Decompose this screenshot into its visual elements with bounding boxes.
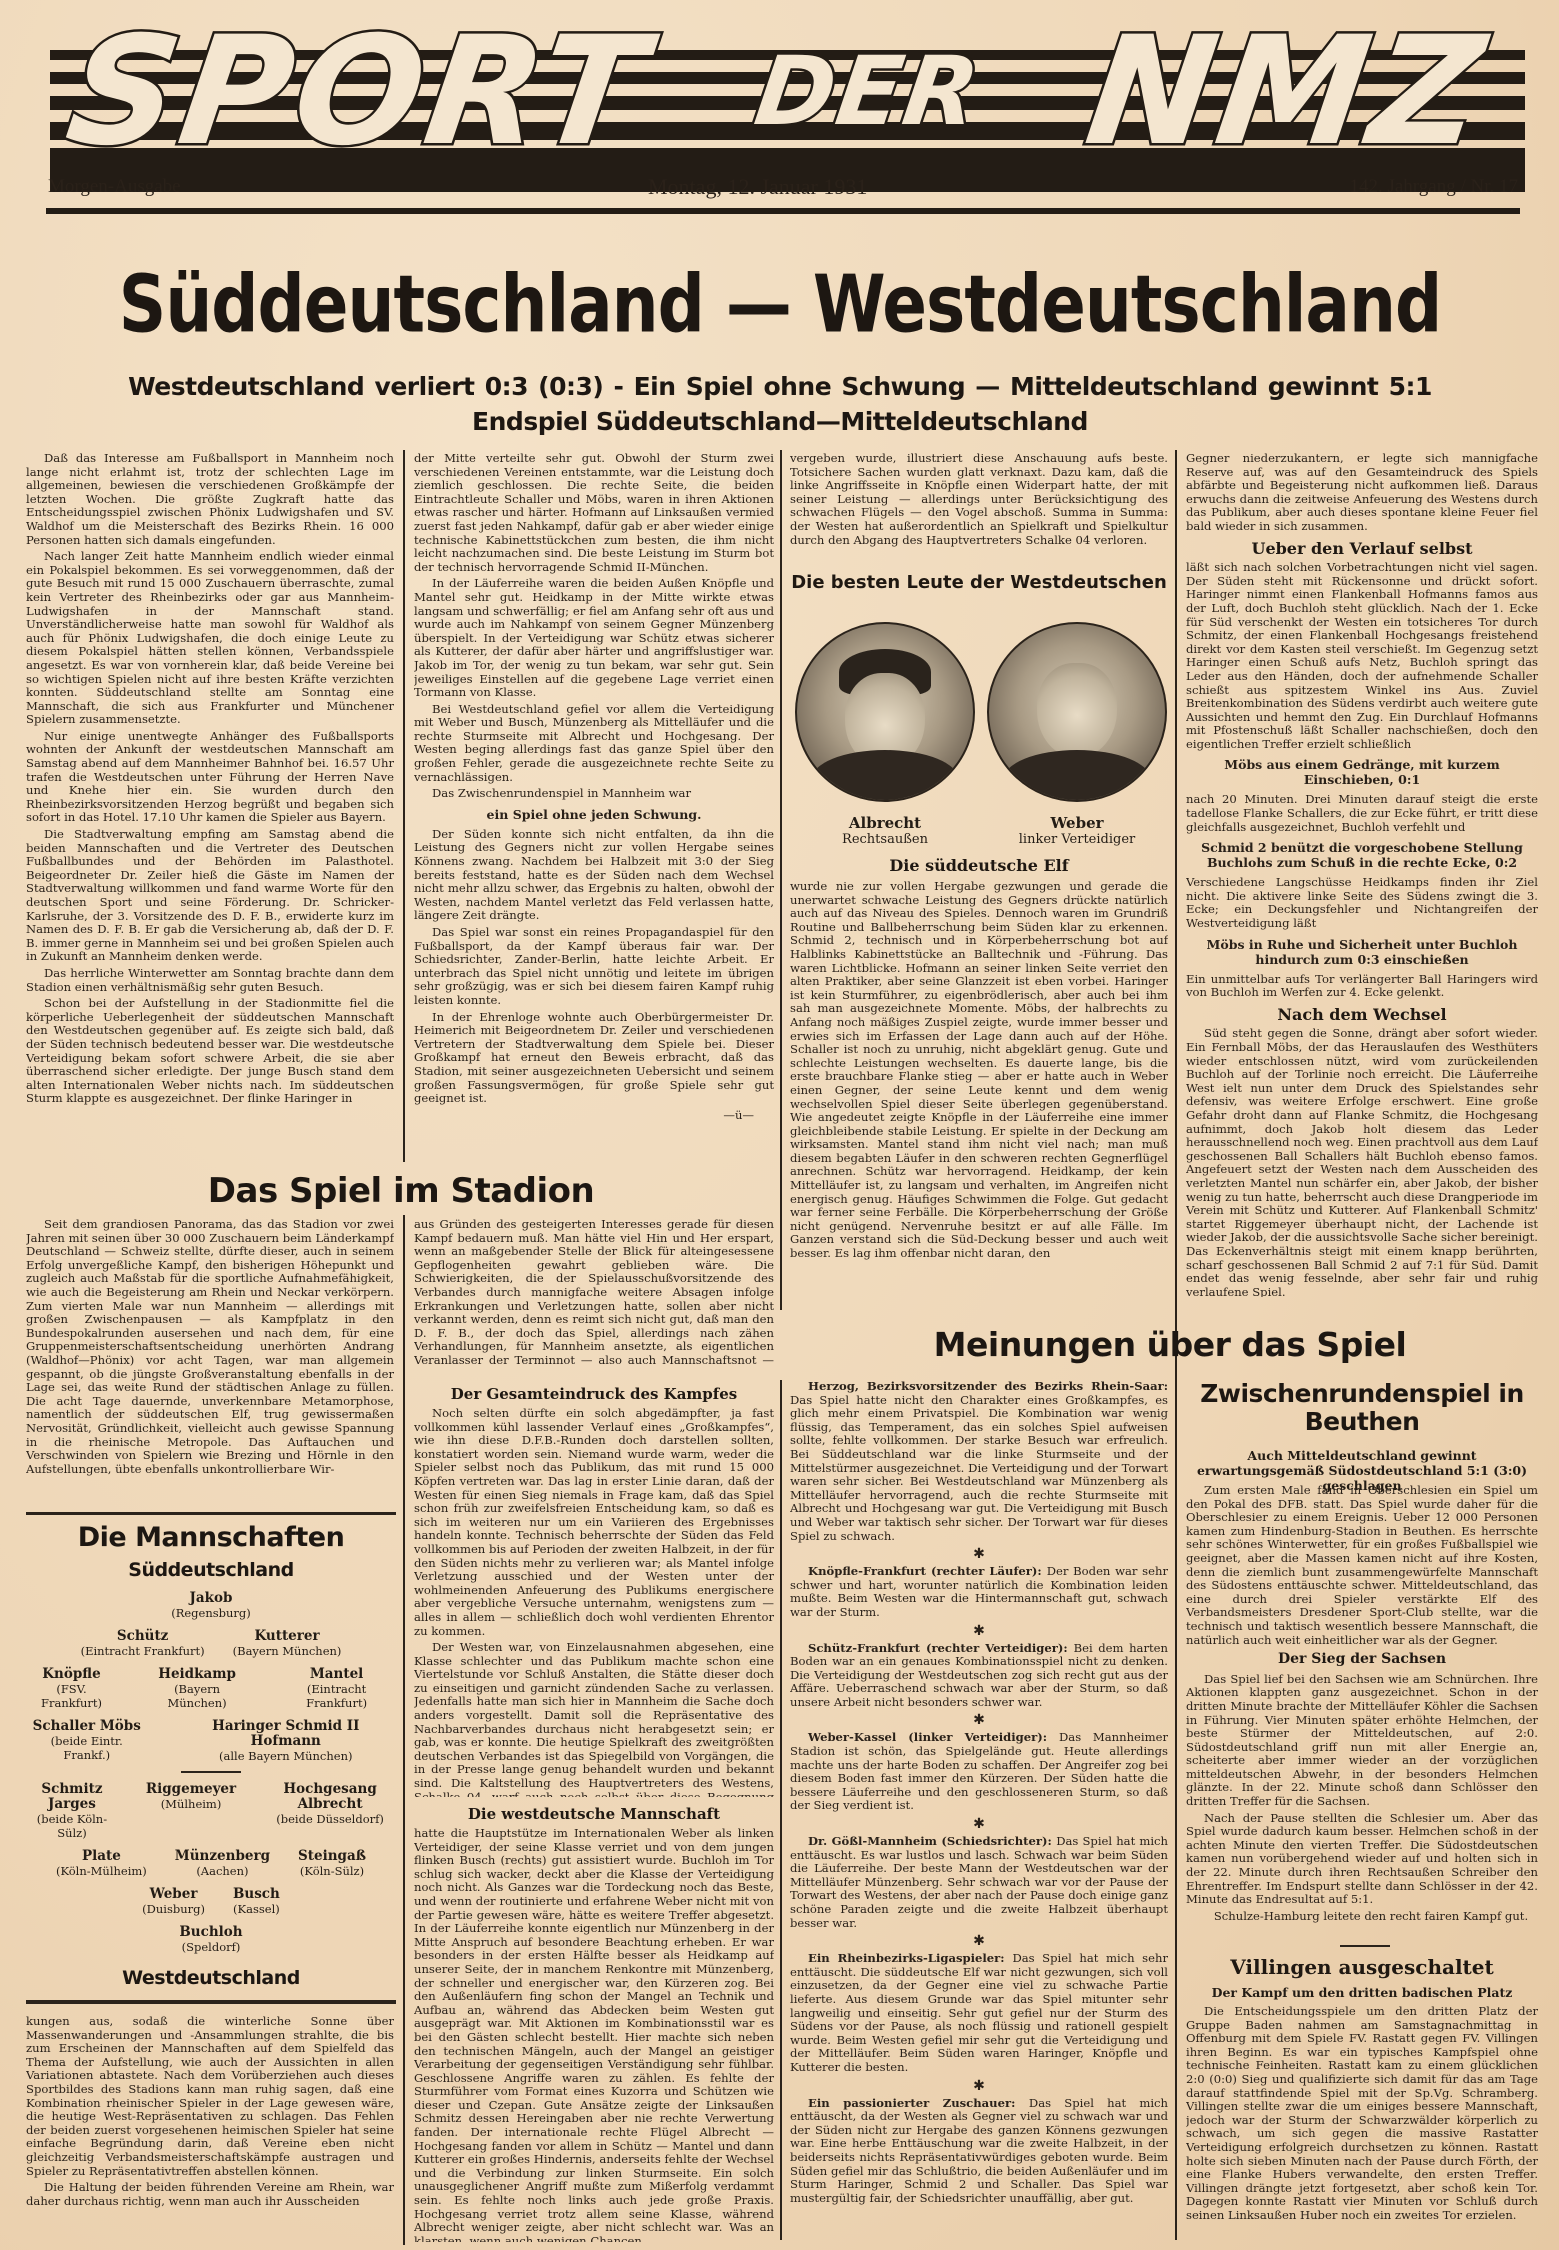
team-name-west: Westdeutschland (26, 1966, 396, 1990)
lineup-row: Knöpfle(FSV. Frankfurt)Heidkamp(Bayern M… (26, 1667, 396, 1710)
player-club: (Speldorf) (182, 1940, 241, 1954)
separator-star-icon: ✱ (790, 2079, 1168, 2093)
lineup-west: Schmitz Jarges(beide Köln-Sülz)Riggemeye… (26, 1782, 396, 1954)
section-heading: Die süddeutsche Elf (790, 856, 1168, 875)
lineup-row: Plate(Köln-Mülheim)Münzenberg(Aachen)Ste… (26, 1849, 396, 1878)
opinion-item: Ein Rheinbezirks-Ligaspieler: Das Spiel … (790, 1952, 1168, 2074)
article-stadion-left: Seit dem grandiosen Panorama, das das St… (26, 1218, 394, 1498)
opinion-speaker: Dr. Gößl-Mannheim (Schiedsrichter): (808, 1834, 1056, 1848)
player-entry: Heidkamp(Bayern München) (145, 1667, 249, 1710)
paragraph: Bei Westdeutschland gefiel vor allem die… (414, 703, 774, 785)
player-entry: Busch(Kassel) (233, 1887, 280, 1916)
player-name: Riggemeyer (146, 1782, 236, 1797)
player-name: Schaller Möbs (33, 1719, 141, 1734)
player-photo-albrecht (795, 622, 975, 802)
player-entry: Plate(Köln-Mülheim) (56, 1849, 147, 1878)
player-name: Heidkamp (158, 1667, 236, 1682)
lineup-divider (181, 1771, 241, 1773)
player-entry: Schütz(Eintracht Frankfurt) (81, 1629, 205, 1658)
section-heading: Die westdeutsche Mannschaft (414, 1805, 774, 1823)
paragraph: Das Spiel war sonst ein reines Propagand… (414, 926, 774, 1008)
paragraph: wurde nie zur vollen Hergabe gezwungen u… (790, 880, 1168, 1261)
paragraph: der Mitte verteilte sehr gut. Obwohl der… (414, 452, 774, 574)
paragraph: Der Süden konnte sich nicht entfalten, d… (414, 828, 774, 923)
paragraph: Seit dem grandiosen Panorama, das das St… (26, 1218, 394, 1476)
section-headline-villingen: Villingen ausgeschaltet (1186, 1955, 1538, 1979)
player-club: (beide Köln-Sülz) (26, 1812, 118, 1840)
masthead-title-der: DER (749, 37, 987, 147)
paragraph: Nur einige unentwegte Anhänger des Fußba… (26, 730, 394, 825)
paragraph: Die Entscheidungsspiele um den dritten P… (1186, 2005, 1538, 2223)
team-name-south: Süddeutschland (26, 1558, 396, 1582)
player-name: Jakob (190, 1591, 233, 1606)
article-intro-continued: der Mitte verteilte sehr gut. Obwohl der… (414, 452, 774, 1162)
article-beuthen: Zum ersten Male fand in Oberschlesien ei… (1186, 1484, 1538, 1954)
paragraph: Süd steht gegen die Sonne, drängt aber s… (1186, 1027, 1538, 1297)
player-club: (Kassel) (233, 1902, 280, 1916)
opinion-speaker: Ein passionierter Zuschauer: (808, 2096, 1029, 2110)
caption-name: Albrecht (795, 814, 975, 832)
article-gesamteindruck: Noch selten dürfte ein solch abgedämpfte… (414, 1407, 774, 1797)
player-name: Mantel (310, 1667, 363, 1682)
paragraph: Ein unmittelbar aufs Tor verlängerter Ba… (1186, 973, 1538, 1000)
player-entry: Buchloh(Speldorf) (179, 1925, 242, 1954)
opinions-list: Herzog, Bezirksvorsitzender des Bezirks … (790, 1380, 1168, 2245)
lineup-row: Schmitz Jarges(beide Köln-Sülz)Riggemeye… (26, 1782, 396, 1840)
paragraph: Daß das Interesse am Fußballsport in Man… (26, 452, 394, 547)
opinion-text: Das Spiel hat mich sehr enttäuscht. Die … (790, 1951, 1168, 2074)
player-entry: Jakob(Regensburg) (171, 1591, 251, 1620)
masthead: SPORT DER NMZ (40, 18, 1525, 173)
opinion-text: Das Spiel hatte nicht den Charakter eine… (790, 1393, 1168, 1543)
article-verlauf: Gegner niederzukantern, er legte sich ma… (1186, 452, 1538, 1297)
lineup-south: Jakob(Regensburg)Schütz(Eintracht Frankf… (26, 1591, 396, 1763)
inline-subhead: ein Spiel ohne jeden Schwung. (414, 807, 774, 822)
player-entry: Mantel(Eintracht Frankfurt) (277, 1667, 396, 1710)
separator-star-icon: ✱ (790, 1547, 1168, 1561)
paragraph: läßt sich nach solchen Vorbetrachtungen … (1186, 561, 1538, 751)
lineup-box: Die Mannschaften Süddeutschland Jakob(Re… (26, 1522, 396, 1990)
paragraph: Nach langer Zeit hatte Mannheim endlich … (26, 550, 394, 727)
player-entry: Weber(Duisburg) (142, 1887, 205, 1916)
player-club: (Mülheim) (161, 1797, 222, 1811)
main-headline: Süddeutschland — Westdeutschland (20, 261, 1540, 350)
article-sued-elf: wurde nie zur vollen Hergabe gezwungen u… (790, 880, 1168, 1300)
player-club: (Köln-Sülz) (300, 1864, 364, 1878)
player-entry: Hochgesang Albrecht(beide Düsseldorf) (264, 1782, 396, 1840)
opinion-speaker: Herzog, Bezirksvorsitzender des Bezirks … (808, 1380, 1168, 1393)
edition-label: Morgen-Ausgabe (48, 176, 181, 198)
author-signature: —ü— (414, 1109, 774, 1123)
lineup-row: Schütz(Eintracht Frankfurt)Kutterer(Baye… (26, 1629, 396, 1658)
article-westdeutsche-mannschaft: hatte die Hauptstütze im Internationalen… (414, 1827, 774, 2242)
paragraph: vergeben wurde, illustriert diese Anscha… (790, 452, 1168, 547)
separator-star-icon: ✱ (790, 1624, 1168, 1638)
player-club: (beide Eintr. Frankf.) (26, 1734, 148, 1762)
paragraph: aus Gründen des gesteigerten Interesses … (414, 1218, 774, 1368)
box-rule-bottom (26, 2000, 396, 2004)
paragraph: Nach der Pause stellten die Schlesier um… (1186, 1812, 1538, 1907)
section-headline-stadion: Das Spiel im Stadion (26, 1170, 776, 1212)
paragraph: Verschiedene Langschüsse Heidkamps finde… (1186, 876, 1538, 930)
player-name: Steingaß (298, 1849, 366, 1864)
paragraph: Gegner niederzukantern, er legte sich ma… (1186, 452, 1538, 534)
paragraph: hatte die Hauptstütze im Internationalen… (414, 1827, 774, 2242)
caption-role: Rechtsaußen (795, 832, 975, 847)
player-name: Schütz (117, 1629, 169, 1644)
player-entry: Knöpfle(FSV. Frankfurt) (26, 1667, 117, 1710)
column-rule (780, 450, 782, 1310)
player-name: Schmitz Jarges (26, 1782, 118, 1812)
masthead-rule (46, 208, 1520, 214)
caption-role: linker Verteidiger (987, 832, 1167, 847)
photo-section-title: Die besten Leute der Westdeutschen (790, 572, 1168, 593)
player-photo-weber (987, 622, 1167, 802)
masthead-title-nmz: NMZ (1077, 5, 1497, 179)
player-club: (Aachen) (196, 1864, 248, 1878)
player-name: Münzenberg (175, 1849, 270, 1864)
opinion-item: Weber-Kassel (linker Verteidiger): Das M… (790, 1731, 1168, 1813)
section-heading: Der Gesamteindruck des Kampfes (414, 1385, 774, 1403)
player-entry: Steingaß(Köln-Sülz) (298, 1849, 366, 1878)
masthead-title-sport: SPORT (58, 5, 659, 179)
player-club: (Bayern München) (233, 1644, 342, 1658)
section-heading: Nach dem Wechsel (1186, 1008, 1538, 1022)
section-heading: Ueber den Verlauf selbst (1186, 542, 1538, 556)
article-stadion-right: aus Gründen des gesteigerten Interesses … (414, 1218, 774, 1368)
article-stadion-continued: kungen aus, sodaß die winterliche Sonne … (26, 2015, 394, 2245)
player-club: (FSV. Frankfurt) (26, 1682, 117, 1710)
article-intro: Daß das Interesse am Fußballsport in Man… (26, 452, 394, 1167)
player-name: Buchloh (179, 1925, 242, 1940)
box-rule-top (26, 1512, 396, 1515)
sub-headline: Westdeutschland verliert 0:3 (0:3) - Ein… (40, 372, 1520, 402)
opinion-text: Das Spiel hat mich enttäuscht, da der We… (790, 2096, 1168, 2205)
opinion-speaker: Schütz-Frankfurt (rechter Verteidiger): (808, 1641, 1074, 1655)
separator-star-icon: ✱ (790, 1713, 1168, 1727)
opinion-item: Ein passionierter Zuschauer: Das Spiel h… (790, 2097, 1168, 2206)
paragraph: Die Haltung der beiden führenden Vereine… (26, 2181, 394, 2208)
paragraph: Schulze-Hamburg leitete den recht fairen… (1186, 1910, 1538, 1924)
player-club: (Duisburg) (142, 1902, 205, 1916)
player-entry: Schmitz Jarges(beide Köln-Sülz) (26, 1782, 118, 1840)
player-club: (Regensburg) (171, 1606, 251, 1620)
sub-headline-2: Endspiel Süddeutschland—Mitteldeutschlan… (40, 407, 1520, 437)
player-name: Hochgesang Albrecht (264, 1782, 396, 1812)
opinion-speaker: Ein Rheinbezirks-Ligaspieler: (808, 1951, 1012, 1965)
paragraph: In der Ehrenloge wohnte auch Oberbürgerm… (414, 1011, 774, 1106)
issue-date: Montag, 12. Januar 1931 (648, 174, 867, 200)
player-entry: Haringer Schmid II Hofmann(alle Bayern M… (176, 1719, 397, 1763)
paragraph: nach 20 Minuten. Drei Minuten darauf ste… (1186, 793, 1538, 834)
player-entry: Kutterer(Bayern München) (233, 1629, 342, 1658)
opinion-item: Herzog, Bezirksvorsitzender des Bezirks … (790, 1380, 1168, 1543)
photo-caption: Albrecht Rechtsaußen (795, 814, 975, 847)
goal-highlight: Schmid 2 benützt die vorgeschobene Stell… (1186, 840, 1538, 870)
opinion-item: Knöpfle-Frankfurt (rechter Läufer): Der … (790, 1565, 1168, 1619)
issue-number: 142. Jahrgang / Nr. 17 (1349, 176, 1518, 198)
player-entry: Münzenberg(Aachen) (175, 1849, 270, 1878)
lineup-row: Weber(Duisburg)Busch(Kassel) (26, 1887, 396, 1916)
separator-star-icon: ✱ (790, 1934, 1168, 1948)
player-club: (Bayern München) (145, 1682, 249, 1710)
player-entry: Riggemeyer(Mülheim) (146, 1782, 236, 1840)
section-heading: Der Sieg der Sachsen (1186, 1653, 1538, 1667)
section-headline-beuthen: Zwischenrundenspiel in Beuthen (1186, 1380, 1538, 1436)
lineup-row: Jakob(Regensburg) (26, 1591, 396, 1620)
villingen-subtitle: Der Kampf um den dritten badischen Platz (1186, 1985, 1538, 2000)
divider (1340, 1945, 1390, 1947)
player-club: (Köln-Mülheim) (56, 1864, 147, 1878)
section-headline-meinungen: Meinungen über das Spiel (790, 1325, 1550, 1365)
lineup-row: Buchloh(Speldorf) (26, 1925, 396, 1954)
paragraph: Zum ersten Male fand in Oberschlesien ei… (1186, 1484, 1538, 1647)
player-name: Kutterer (254, 1629, 319, 1644)
paragraph: Das Zwischenrundenspiel in Mannheim war (414, 787, 774, 801)
paragraph: Der Westen war, von Einzelausnahmen abge… (414, 1641, 774, 1797)
article-col3-top: vergeben wurde, illustriert diese Anscha… (790, 452, 1168, 562)
opinion-speaker: Weber-Kassel (linker Verteidiger): (808, 1730, 1059, 1744)
player-club: (Eintracht Frankfurt) (81, 1644, 205, 1658)
paragraph: Das Spiel lief bei den Sachsen wie am Sc… (1186, 1673, 1538, 1809)
player-name: Busch (233, 1887, 280, 1902)
player-name: Haringer Schmid II Hofmann (176, 1719, 397, 1749)
lineup-row: Schaller Möbs(beide Eintr. Frankf.)Harin… (26, 1719, 396, 1763)
player-club: (alle Bayern München) (219, 1749, 352, 1763)
player-club: (Eintracht Frankfurt) (277, 1682, 396, 1710)
column-rule (780, 1380, 782, 2240)
opinion-speaker: Knöpfle-Frankfurt (rechter Läufer): (808, 1564, 1047, 1578)
paragraph: Die Stadtverwaltung empfing am Samstag a… (26, 828, 394, 964)
column-rule (403, 450, 405, 1162)
caption-name: Weber (987, 814, 1167, 832)
separator-star-icon: ✱ (790, 1817, 1168, 1831)
paragraph: kungen aus, sodaß die winterliche Sonne … (26, 2015, 394, 2178)
article-villingen: Die Entscheidungsspiele um den dritten P… (1186, 2005, 1538, 2245)
paragraph: Das herrliche Winterwetter am Sonntag br… (26, 967, 394, 994)
masthead-title: SPORT DER NMZ (29, 14, 1536, 169)
lineup-title: Die Mannschaften (26, 1522, 396, 1554)
player-entry: Schaller Möbs(beide Eintr. Frankf.) (26, 1719, 148, 1763)
paragraph: Noch selten dürfte ein solch abgedämpfte… (414, 1407, 774, 1638)
player-club: (beide Düsseldorf) (276, 1812, 384, 1826)
player-name: Knöpfle (42, 1667, 100, 1682)
opinion-item: Schütz-Frankfurt (rechter Verteidiger): … (790, 1642, 1168, 1710)
player-name: Plate (82, 1849, 121, 1864)
paragraph: Schon bei der Aufstellung in der Stadion… (26, 997, 394, 1106)
goal-highlight: Möbs aus einem Gedränge, mit kurzem Eins… (1186, 757, 1538, 787)
player-name: Weber (150, 1887, 198, 1902)
goal-highlight: Möbs in Ruhe und Sicherheit unter Buchlo… (1186, 937, 1538, 967)
opinion-item: Dr. Gößl-Mannheim (Schiedsrichter): Das … (790, 1835, 1168, 1930)
paragraph: In der Läuferreihe waren die beiden Auße… (414, 577, 774, 699)
opinion-text: Das Spiel hat mich enttäuscht. Es war lu… (790, 1834, 1168, 1930)
photo-caption: Weber linker Verteidiger (987, 814, 1167, 847)
column-rule (403, 1215, 405, 2245)
dateline: Morgen-Ausgabe Montag, 12. Januar 1931 1… (48, 176, 1518, 200)
